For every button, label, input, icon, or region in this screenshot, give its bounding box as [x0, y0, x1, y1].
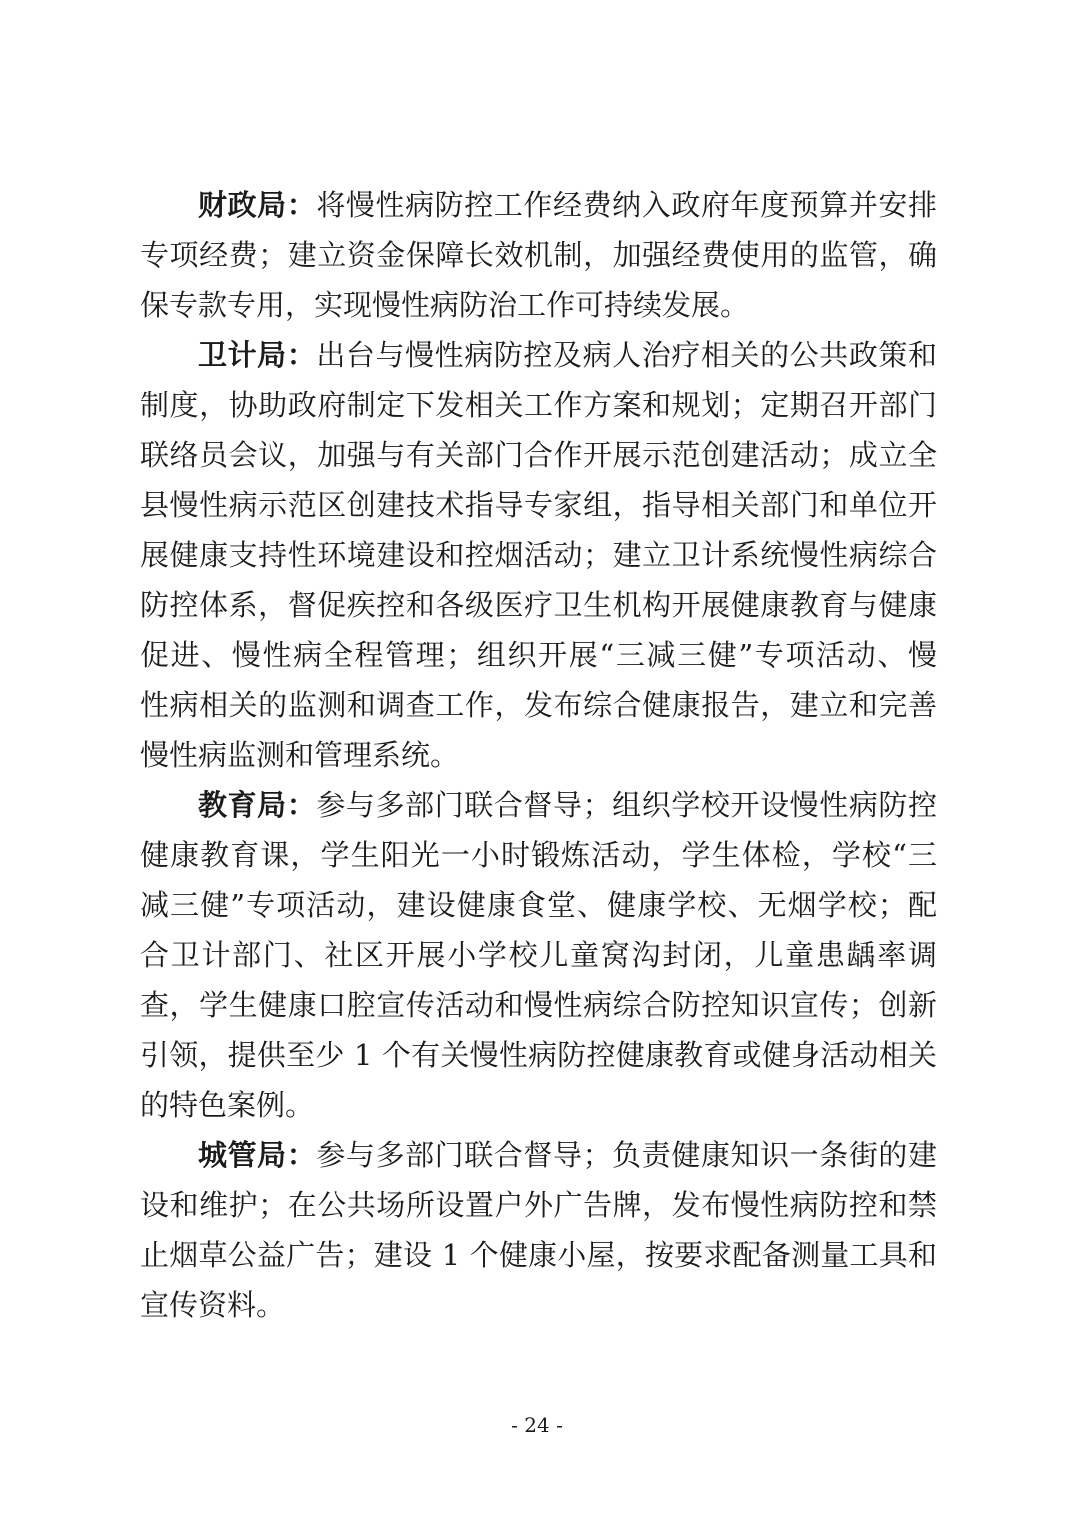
paragraph-line: 促进、慢性病全程管理；组织开展“三减三健”专项活动、慢 [140, 630, 937, 680]
paragraph-line: 健康教育课，学生阳光一小时锻炼活动，学生体检，学校“三 [140, 830, 937, 880]
paragraph-line: 宣传资料。 [140, 1280, 937, 1330]
paragraph-line: 教育局：参与多部门联合督导；组织学校开设慢性病防控 [140, 780, 937, 830]
paragraph-line: 财政局：将慢性病防控工作经费纳入政府年度预算并安排 [140, 180, 937, 230]
paragraph-line: 制度，协助政府制定下发相关工作方案和规划；定期召开部门 [140, 380, 937, 430]
org-label: 财政局： [198, 188, 316, 222]
paragraph-line: 防控体系，督促疾控和各级医疗卫生机构开展健康教育与健康 [140, 580, 937, 630]
line-text: 参与多部门联合督导；组织学校开设慢性病防控 [316, 788, 937, 822]
paragraph-line: 减三健”专项活动，建设健康食堂、健康学校、无烟学校；配 [140, 880, 937, 930]
paragraph-line: 联络员会议，加强与有关部门合作开展示范创建活动；成立全 [140, 430, 937, 480]
paragraph-line: 保专款专用，实现慢性病防治工作可持续发展。 [140, 280, 937, 330]
line-text: 出台与慢性病防控及病人治疗相关的公共政策和 [316, 338, 937, 372]
org-label: 城管局： [198, 1138, 316, 1172]
paragraph-line: 卫计局：出台与慢性病防控及病人治疗相关的公共政策和 [140, 330, 937, 380]
paragraph-line: 止烟草公益广告；建设 1 个健康小屋，按要求配备测量工具和 [140, 1230, 937, 1280]
paragraph-line: 的特色案例。 [140, 1080, 937, 1130]
org-label: 教育局： [198, 788, 316, 822]
document-body: 财政局：将慢性病防控工作经费纳入政府年度预算并安排 专项经费；建立资金保障长效机… [140, 180, 937, 1330]
paragraph-line: 专项经费；建立资金保障长效机制，加强经费使用的监管，确 [140, 230, 937, 280]
paragraph-line: 性病相关的监测和调查工作，发布综合健康报告，建立和完善 [140, 680, 937, 730]
paragraph-line: 设和维护；在公共场所设置户外广告牌，发布慢性病防控和禁 [140, 1180, 937, 1230]
paragraph-line: 引领，提供至少 1 个有关慢性病防控健康教育或健身活动相关 [140, 1030, 937, 1080]
page-number: - 24 - [0, 1410, 1074, 1440]
paragraph-line: 展健康支持性环境建设和控烟活动；建立卫计系统慢性病综合 [140, 530, 937, 580]
paragraph-line: 查，学生健康口腔宣传活动和慢性病综合防控知识宣传；创新 [140, 980, 937, 1030]
paragraph-line: 合卫计部门、社区开展小学校儿童窝沟封闭，儿童患龋率调 [140, 930, 937, 980]
paragraph-line: 城管局：参与多部门联合督导；负责健康知识一条街的建 [140, 1130, 937, 1180]
paragraph-line: 县慢性病示范区创建技术指导专家组，指导相关部门和单位开 [140, 480, 937, 530]
paragraph-line: 慢性病监测和管理系统。 [140, 730, 937, 780]
line-text: 将慢性病防控工作经费纳入政府年度预算并安排 [316, 188, 937, 222]
line-text: 参与多部门联合督导；负责健康知识一条街的建 [316, 1138, 937, 1172]
org-label: 卫计局： [198, 338, 316, 372]
document-page: 财政局：将慢性病防控工作经费纳入政府年度预算并安排 专项经费；建立资金保障长效机… [0, 0, 1074, 1520]
